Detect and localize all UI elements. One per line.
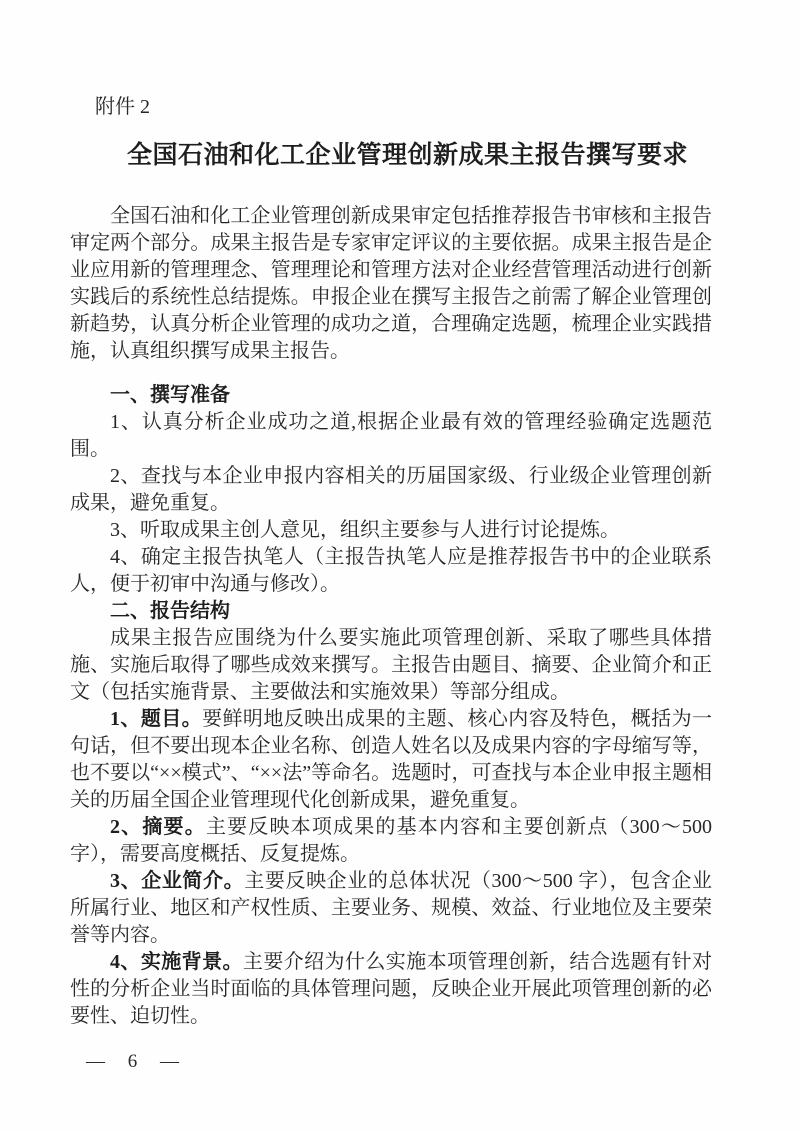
section-1-item-4: 4、确定主报告执笔人（主报告执笔人应是推荐报告书中的企业联系人，便于初审中沟通与… [70, 544, 712, 598]
section-2-item-4: 4、实施背景。主要介绍为什么实施本项管理创新，结合选题有针对性的分析企业当时面临… [70, 949, 712, 1030]
section-1-item-1: 1、认真分析企业成功之道,根据企业最有效的管理经验确定选题范围。 [70, 409, 712, 463]
item-2-term: 2、摘要。 [110, 816, 206, 838]
section-1-item-3: 3、听取成果主创人意见，组织主要参与人进行讨论提炼。 [70, 517, 712, 544]
item-3-term: 3、企业简介。 [110, 870, 244, 892]
document-content: 附件 2 全国石油和化工企业管理创新成果主报告撰写要求 全国石油和化工企业管理创… [70, 94, 712, 1030]
intro-paragraph: 全国石油和化工企业管理创新成果审定包括推荐报告书审核和主报告审定两个部分。成果主… [70, 203, 712, 365]
section-2-item-2: 2、摘要。主要反映本项成果的基本内容和主要创新点（300～500 字），需要高度… [70, 814, 712, 868]
section-2-heading: 二、报告结构 [70, 598, 712, 625]
attachment-label: 附件 2 [70, 94, 712, 121]
document-page: 附件 2 全国石油和化工企业管理创新成果主报告撰写要求 全国石油和化工企业管理创… [0, 0, 800, 1131]
item-4-term: 4、实施背景。 [110, 951, 243, 973]
item-1-term: 1、题目。 [110, 708, 202, 730]
section-1-item-2: 2、查找与本企业申报内容相关的历届国家级、行业级企业管理创新成果，避免重复。 [70, 463, 712, 517]
page-number: — 6 — [86, 1051, 188, 1073]
section-2-item-1: 1、题目。要鲜明地反映出成果的主题、核心内容及特色，概括为一句话，但不要出现本企… [70, 706, 712, 814]
section-2-item-3: 3、企业简介。主要反映企业的总体状况（300～500 字），包含企业所属行业、地… [70, 868, 712, 949]
page-title: 全国石油和化工企业管理创新成果主报告撰写要求 [103, 139, 712, 173]
section-2-lead: 成果主报告应围绕为什么要实施此项管理创新、采取了哪些具体措施、实施后取得了哪些成… [70, 625, 712, 706]
section-1-heading: 一、撰写准备 [70, 382, 712, 409]
